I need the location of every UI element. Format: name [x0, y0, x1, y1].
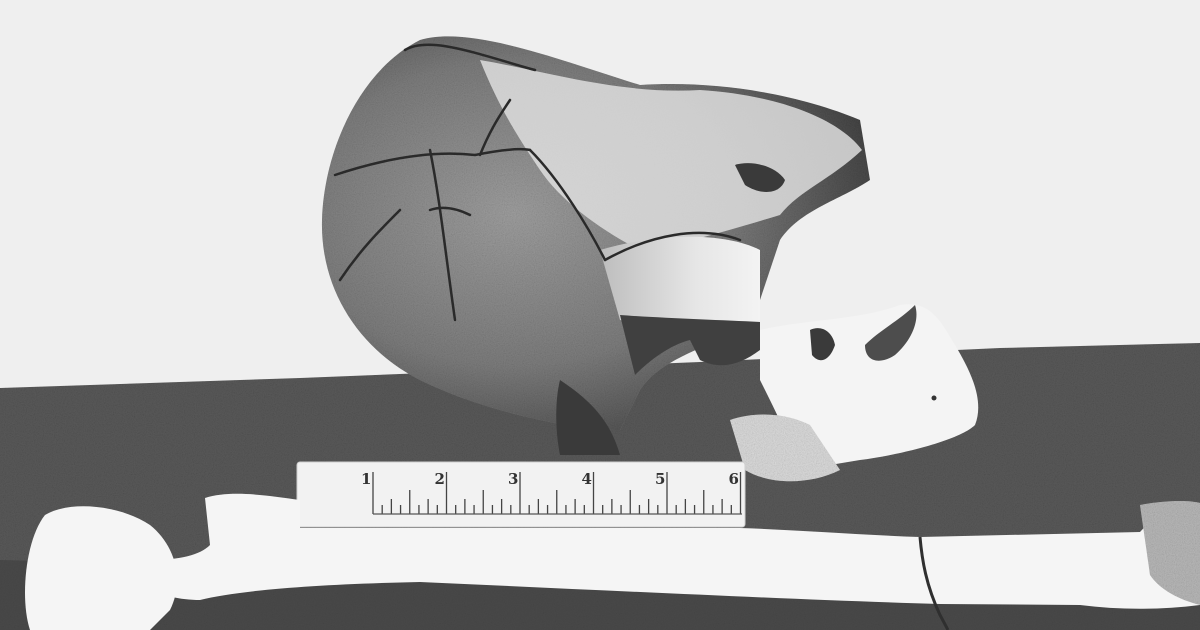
measuring-ruler: 123456	[297, 462, 745, 527]
ruler-label: 3	[508, 470, 518, 488]
ruler-label: 1	[361, 470, 371, 488]
photo-canvas: 123456	[0, 0, 1200, 630]
ruler-label: 5	[655, 470, 665, 488]
ruler-label: 4	[582, 470, 592, 488]
ruler-label: 2	[435, 470, 445, 488]
photograph: 123456	[0, 0, 1200, 630]
ruler-label: 6	[729, 470, 739, 488]
